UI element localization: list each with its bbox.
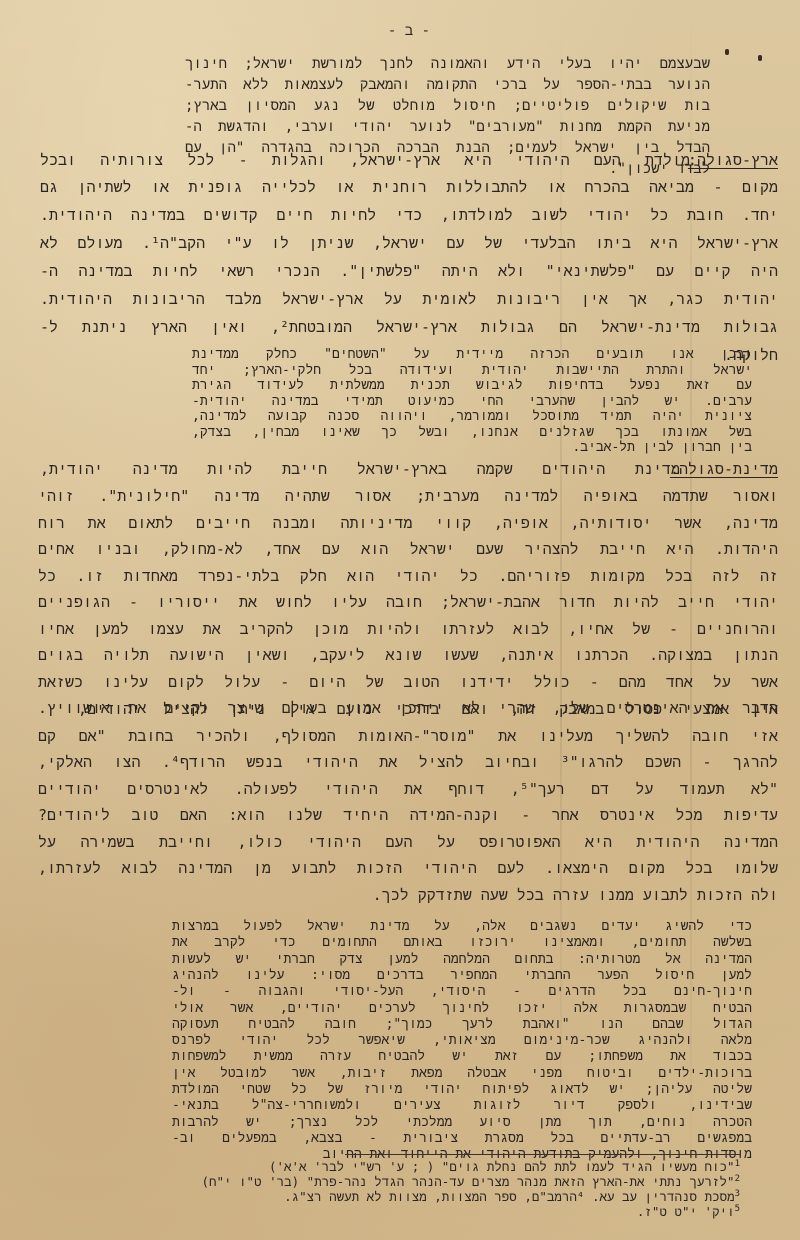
text-line: אין אמצעי פסול במאבק זה, ואם בדרכי נועם … (78, 702, 778, 717)
text-line: שלומו בכל מקום הימצאו. לעם היהודי הזכות … (38, 861, 778, 876)
text-line: עדיפות מכל אינטרס אחר - וקנה-המידה היחיד… (38, 808, 778, 823)
text-line: עם זאת נפעל בדחיפות לגיבוש תכנית ממשלתית… (192, 379, 752, 392)
margin-mark (758, 55, 762, 61)
text-line: זה לזה בכל מקומות פזוריהם. כל יהודי הוא … (38, 569, 778, 584)
text-line: שליטה עליהן; יש לדאוג לפיתוח יהודי מיורז… (172, 1083, 752, 1096)
section-heading: ארץ-סגולה: (688, 153, 778, 168)
text-line: "לא תעמוד על דם רעך"⁵, דוחף את היהודי לפ… (38, 782, 778, 797)
scanned-page: - ב - שבעצמם יהיו בעלי הידע והאמונה לחנך… (0, 0, 800, 1240)
text-line: ערבים. יש להבין שהערבי החי כמיעוט תמידי … (192, 395, 752, 408)
text-line: ציונית יהיה תמיד מתוסכל וממורמר, ויהווה … (192, 410, 752, 423)
text-line: בשל אמונתו בכך שגזלנים אנחנו, ובשל כך שא… (192, 426, 752, 439)
text-line: מדינת היהודים שקמה בארץ-ישראל חייבת להיו… (40, 462, 680, 477)
text-line: יהודי חייב להיות חדור אהבת-ישראל; חובה ע… (38, 595, 778, 610)
footnote-number: 1 (735, 1159, 740, 1169)
text-line: הנתון במצוקה. הכרתנו איתנה, שעשו שונא לי… (38, 648, 778, 663)
text-line: המדינה אל מטרותיה: בתחום המלחמה למען צדק… (172, 953, 752, 966)
footnote: 2"לזרעך נתתי את-הארץ הזאת מנהר מצרים עד-… (201, 1175, 740, 1189)
text-line: בכבוד את משפחתו; עם זאת יש להבטיח עזרה מ… (172, 1050, 752, 1063)
text-line: גבולות מדינת-ישראל הם גבולות ארץ-ישראל ה… (40, 320, 778, 335)
footnote-divider (345, 1154, 740, 1155)
text-line: ברוכות-ילדים וביטוח מפני אבטלה מפאת זיבו… (172, 1067, 752, 1080)
text-line: ארץ-ישראל היא ביתו הבלעדי של עם ישראל, ש… (40, 236, 778, 251)
text-line: למען חיסול הפער החברתי המחפיר בדרכים מסו… (172, 969, 752, 982)
text-line: במפגשים רב-עדתיים בכל מסגרת ציבורית - בצ… (172, 1132, 752, 1145)
footnote: 1"כוח מעשיו הגיד לעמו לתת להם נחלת גוים"… (269, 1160, 740, 1174)
text-line: ולה הזכות לתבוע ממנו עזרה בכל שעה שתזדקק… (38, 888, 778, 903)
text-line: מדינה, אשר יסודותיה, אופיה, קווי מדיניות… (38, 516, 778, 531)
footnote: 3מסכת סנהדרין עב עא. ⁴הרמב"ם, ספר המצוות… (284, 1190, 740, 1204)
text-line: מקום - מביאה בהכרח או להתבוללות רוחנית א… (40, 180, 778, 195)
text-line: היהדות. היא חייבת להצהיר שעם ישראל הוא ע… (38, 542, 778, 557)
text-line: ישראל והתרת התיישבות יהודית ועידודה בכל … (192, 364, 752, 377)
footnote-text: מסכת סנהדרין עב עא. ⁴הרמב"ם, ספר המצוות,… (284, 1189, 735, 1204)
text-line: הגדול שבהם הנו "ואהבת לרעך כמוך"; חובה ל… (172, 1018, 752, 1031)
text-line: יחד. חובת כל יהודי לשוב למולדתו, כדי לחי… (40, 208, 778, 223)
text-line: מלאה ולהנהיג שכר-מינימום מציאותי, שיאפשר… (172, 1034, 752, 1047)
text-line: מניעת הקמת מחנות "מעורבים" לנוער יהודי ו… (185, 120, 710, 134)
text-line: שבעצמם יהיו בעלי הידע והאמונה לחנך למורש… (185, 57, 710, 71)
text-line: להרגך - השכם להרגו"³ ובחיוב להציל את היה… (38, 755, 778, 770)
section-heading: מדינת-סגולה: (670, 462, 778, 477)
footnote-number: 5 (735, 1204, 740, 1214)
text-line: היה קיים עם "פלשתינאי" ולא היתה "פלשתין"… (40, 264, 778, 279)
footnote-text: "לזרעך נתתי את-הארץ הזאת מנהר מצרים עד-ה… (201, 1174, 734, 1189)
text-line: ואסור שתדמה באופיה למדינה מערבית; אסור ש… (38, 489, 778, 504)
text-line: הנוער בבתי-הספר על ברכי התקומה והמאבק לע… (185, 78, 710, 92)
text-line: יהודית כגר, אך אין ריבונות לאומית על ארץ… (40, 292, 778, 307)
footnote: 5ויק' י"ט ט"ז. (637, 1205, 740, 1219)
text-line: הבטיח שבמסגרות אלה יזכו לחינוך לערכים יה… (172, 1002, 752, 1015)
text-line: אזי חובה להשליך מעלינו את "מוסר"-האומות … (38, 729, 778, 744)
text-line: חינוך-חינם בכל הדרגים - היסודי, העל-יסוד… (172, 985, 752, 998)
margin-mark (725, 49, 729, 55)
footnote-number: 2 (735, 1174, 740, 1184)
footnote-text: "כוח מעשיו הגיד לעמו לתת להם נחלת גוים" … (269, 1159, 735, 1174)
text-line: הטכרה נוחים, תוך מתן סיוע ממלכתי לכל נצר… (172, 1116, 752, 1129)
text-line: אשר על אחד מהם - כולל ידידנו הטוב של היו… (38, 675, 778, 690)
text-line: בין חברון לבין תל-אביב. (192, 441, 752, 454)
text-line: והרוחניים - של אחיו, לבוא לעזרתו ולהיות … (38, 622, 778, 637)
text-line: כדי להשיג יעדים נשגבים אלה, על מדינת ישר… (172, 920, 752, 933)
text-line: שבידינו, ולספק דיור לזוגות צעירים ולמשוח… (172, 1099, 752, 1112)
text-line: מולדת העם היהודי היא ארץ-ישראל, והגלות -… (40, 153, 690, 168)
footnote-text: ויק' י"ט ט"ז. (637, 1204, 735, 1219)
text-line: המדינה היהודית היא האפוטרופס על העם היהו… (38, 835, 778, 850)
page-number: - ב - (388, 24, 430, 38)
text-line: ובכן אנו תובעים הכרזה מיידית על "השטחים"… (192, 348, 752, 361)
text-line: בשלשה תחומים, ומאמצינו ירוכזו באותם התחו… (172, 936, 752, 949)
text-line: בות שיקולים פוליטיים; חיסול מוחלט של נגע… (185, 99, 710, 113)
footnote-number: 3 (735, 1189, 740, 1199)
